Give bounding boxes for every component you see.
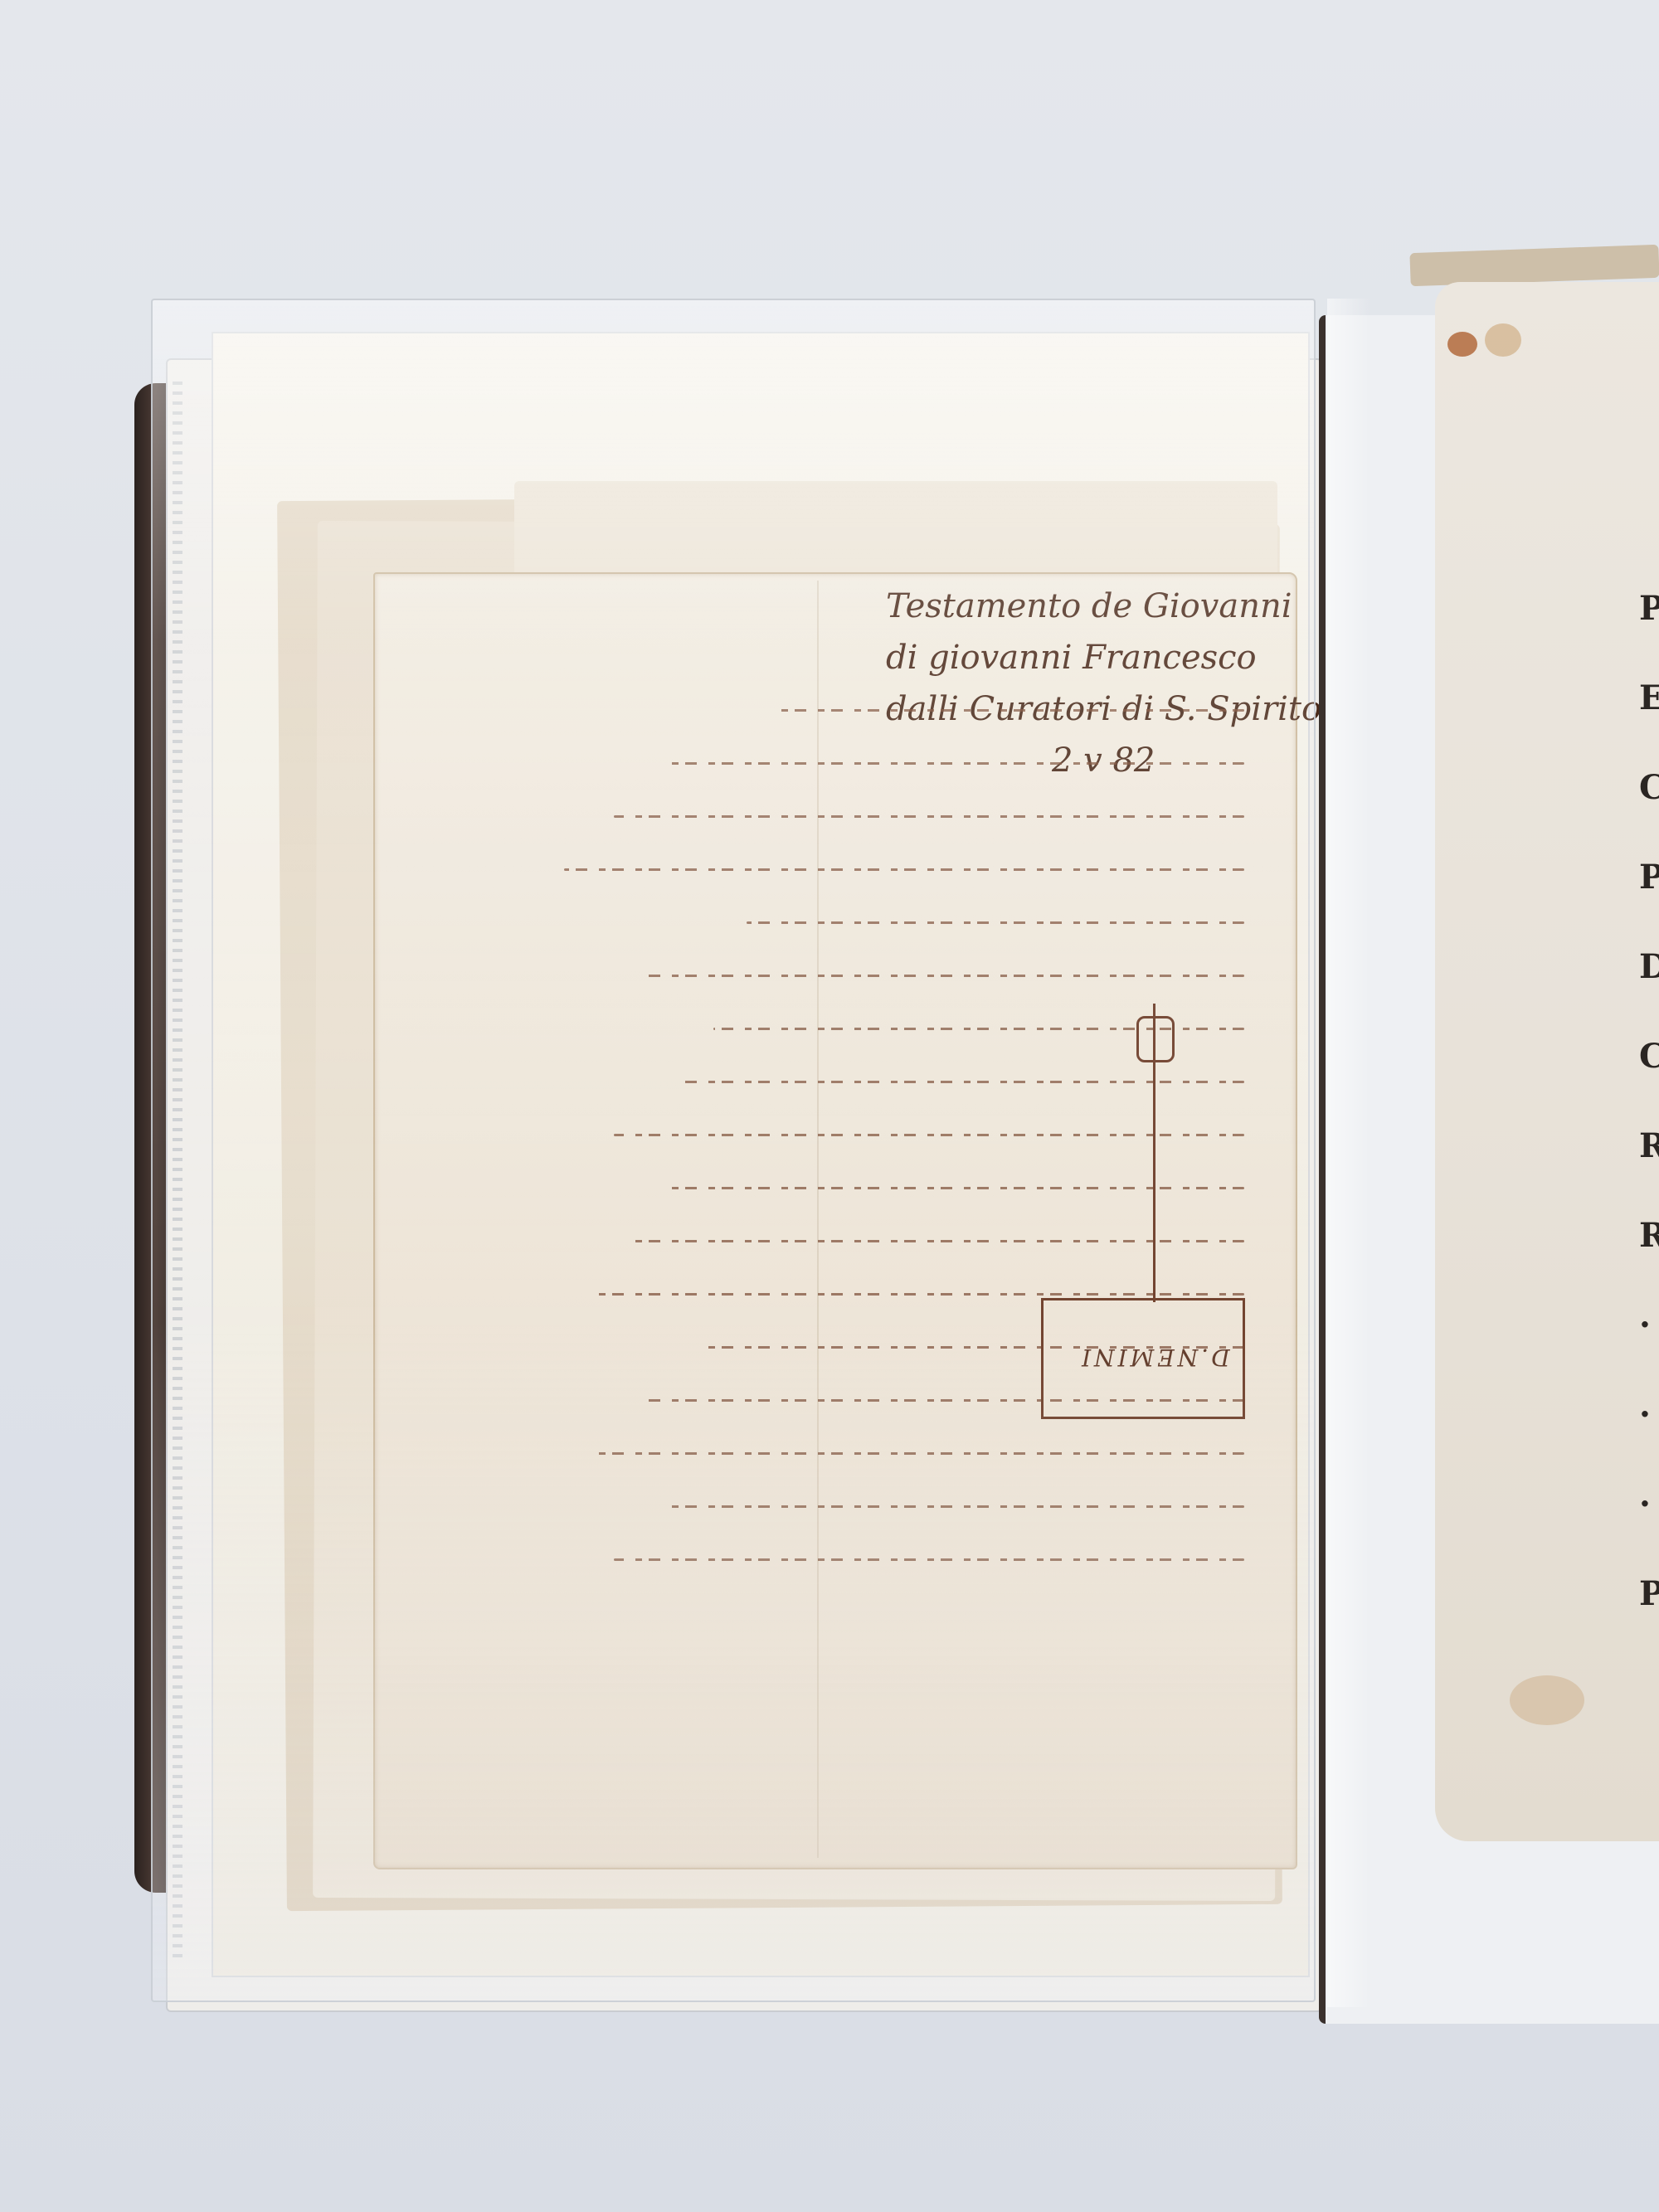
printed-letter: P [1639, 1549, 1659, 1639]
printed-letter: E [1639, 654, 1659, 743]
plastic-sleeve-film [151, 299, 1316, 2002]
printed-letter: · [1639, 1370, 1659, 1460]
tan-stain [1510, 1675, 1584, 1725]
printed-letter: C [1639, 743, 1659, 833]
printed-letter: · [1639, 1460, 1659, 1549]
printed-letter: P [1639, 564, 1659, 654]
tan-stain [1485, 323, 1521, 357]
printed-letter: D [1639, 922, 1659, 1012]
printed-letter: R [1639, 1101, 1659, 1191]
rust-stain [1447, 332, 1477, 357]
printed-letter: C [1639, 1012, 1659, 1101]
printed-letters-column: PECPDCRR···P [1639, 564, 1659, 1639]
printed-letter: · [1639, 1281, 1659, 1370]
printed-letter: R [1639, 1191, 1659, 1281]
right-manuscript-leaf [1435, 282, 1659, 1841]
printed-letter: P [1639, 833, 1659, 922]
paper-scraps-top [1409, 245, 1659, 286]
right-plastic-film [1327, 299, 1435, 2007]
